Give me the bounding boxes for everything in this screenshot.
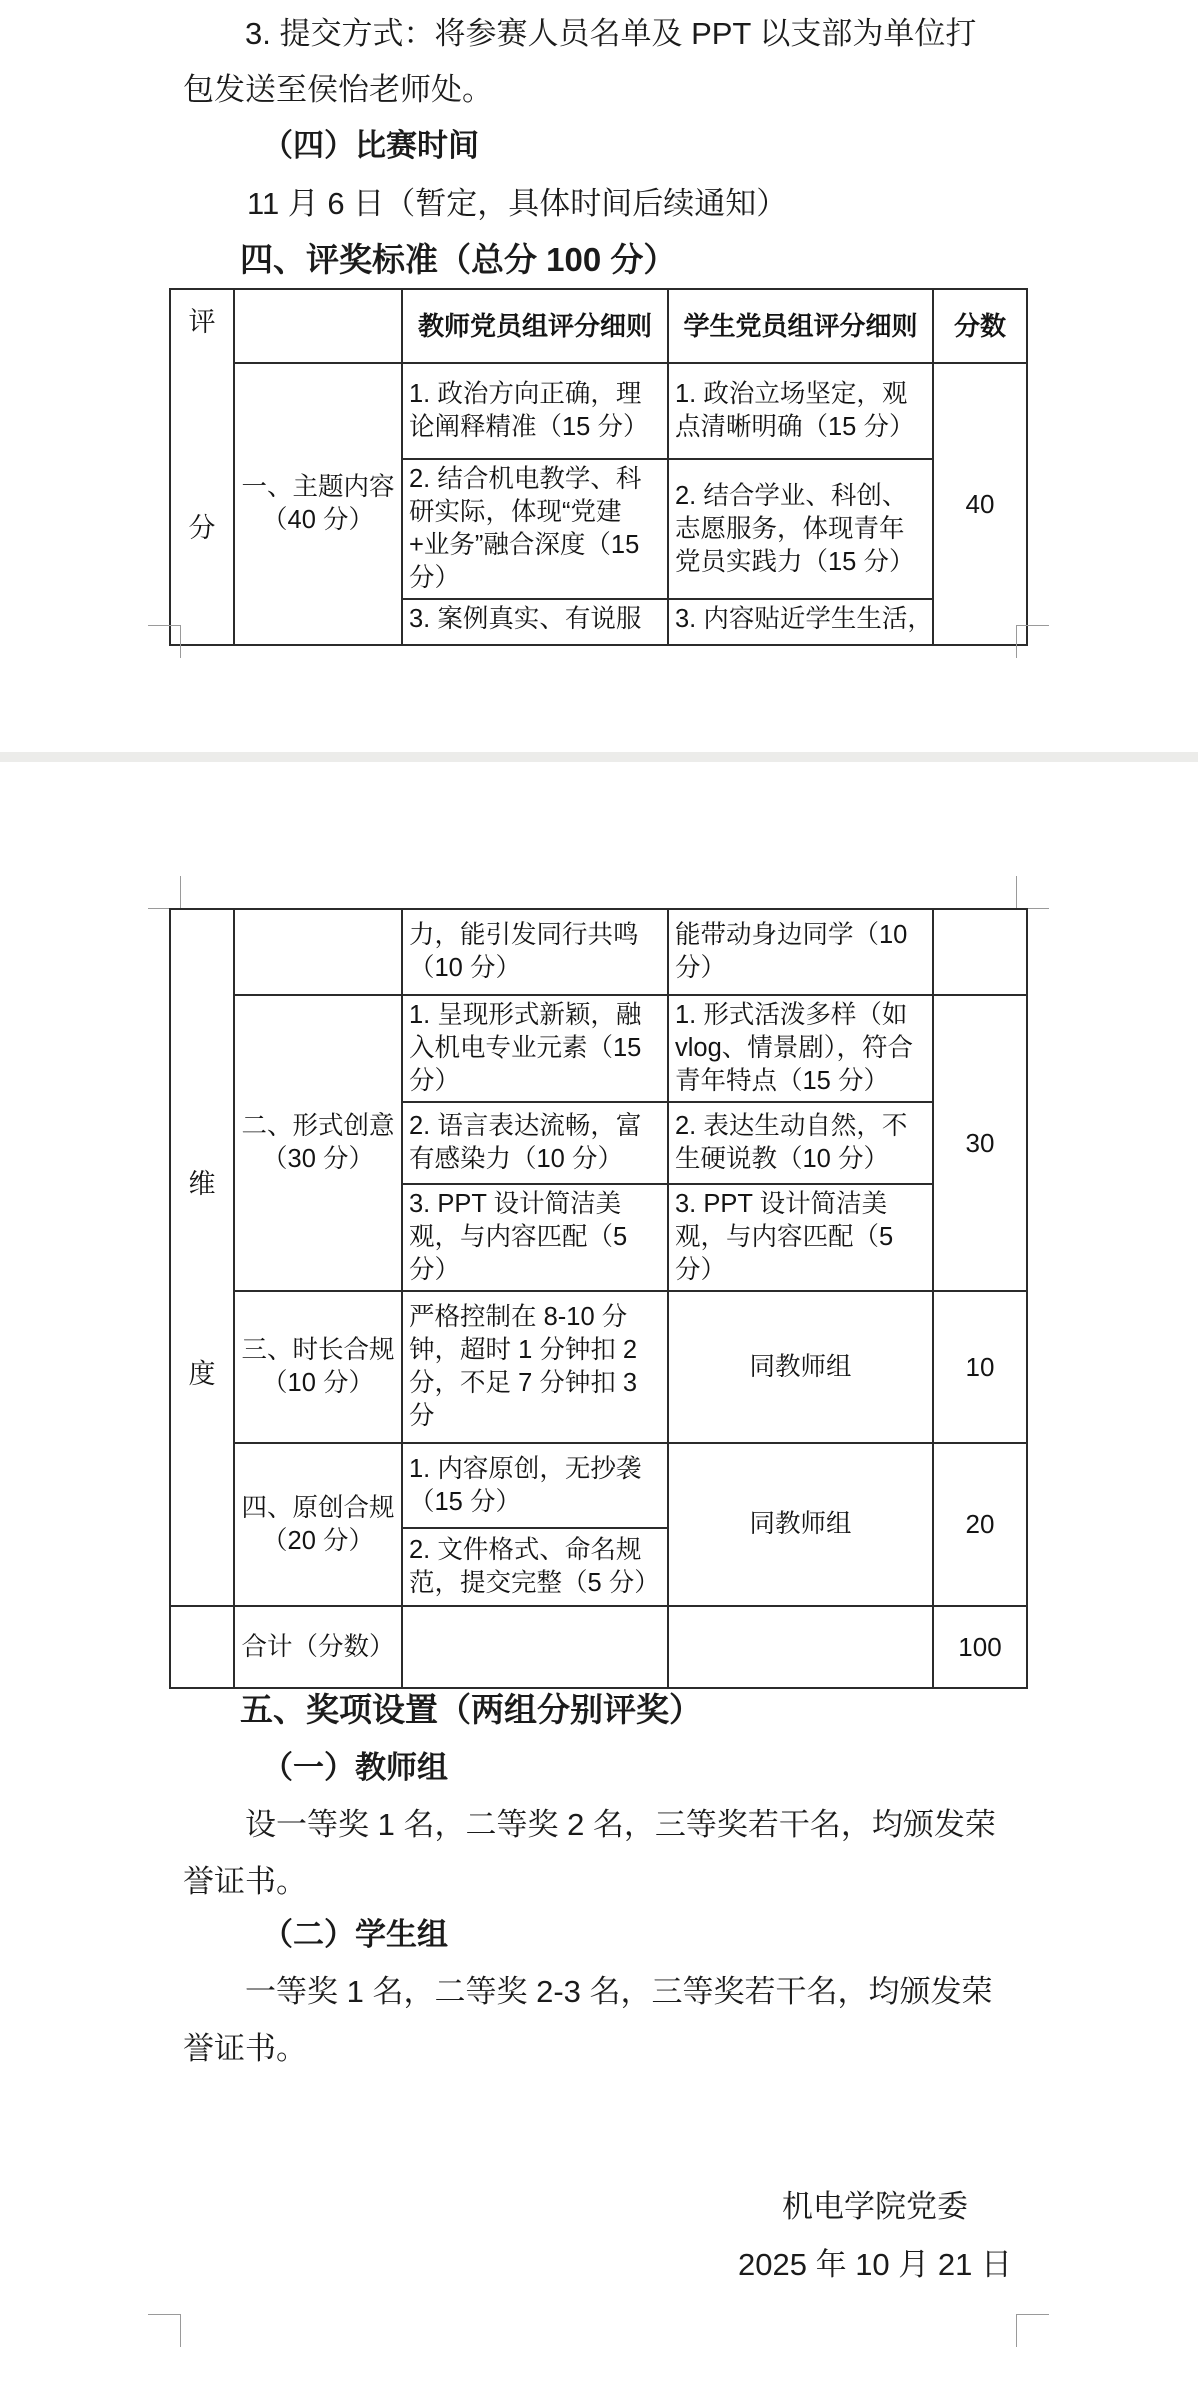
- table-row: 维 度 力，能引发同行共鸣（10 分） 能带动身边同学（10 分）: [170, 909, 1027, 995]
- dimension-4-name: 四、原创合规: [241, 1492, 395, 1525]
- dimension-axis-cell: 评 分: [170, 289, 234, 645]
- criterion-cell: 力，能引发同行共鸣（10 分）: [402, 909, 668, 995]
- criterion-cell: 2. 结合机电教学、科研实际，体现“党建+业务”融合深度（15 分）: [402, 459, 668, 599]
- criterion-text: 3. 案例真实、有说服: [409, 603, 661, 641]
- paragraph-student-awards-line1: 一等奖 1 名，二等奖 2-3 名，三等奖若干名，均颁发荣: [245, 1972, 993, 2012]
- dimension-4-name-cell: 四、原创合规 （20 分）: [234, 1443, 402, 1606]
- header-student-rules: 学生党员组评分细则: [668, 289, 933, 363]
- criterion-cell: 严格控制在 8-10 分钟，超时 1 分钟扣 2 分，不足 7 分钟扣 3 分: [402, 1291, 668, 1443]
- total-label-cell: 合计（分数）: [234, 1606, 402, 1688]
- score-cell: 40: [933, 363, 1027, 645]
- criterion-cell: 2. 结合学业、科创、志愿服务，体现青年党员实践力（15 分）: [668, 459, 933, 599]
- paragraph-competition-date: 11 月 6 日（暂定，具体时间后续通知）: [247, 184, 787, 224]
- criterion-cell: 2. 表达生动自然，不生硬说教（10 分）: [668, 1102, 933, 1184]
- heading-student-group: （二）学生组: [262, 1915, 448, 1955]
- criterion-cell: 2. 语言表达流畅，富有感染力（10 分）: [402, 1102, 668, 1184]
- score-cell: 10: [933, 1291, 1027, 1443]
- dimension-continuation-empty: [234, 909, 402, 995]
- total-score-cell: 100: [933, 1606, 1027, 1688]
- criterion-cell: 2. 文件格式、命名规范，提交完整（5 分）: [402, 1528, 668, 1606]
- criterion-cell-clipped: 3. 案例真实、有说服: [402, 599, 668, 645]
- paragraph-teacher-awards-line2: 誉证书。: [183, 1862, 307, 1902]
- criterion-cell: 1. 政治方向正确，理论阐释精准（15 分）: [402, 363, 668, 459]
- dimension-axis-cell: 维 度: [170, 909, 234, 1606]
- axis-char-bottom: 分: [171, 512, 233, 545]
- criterion-cell: 3. PPT 设计简洁美观，与内容匹配（5 分）: [402, 1184, 668, 1291]
- page-2: 维 度 力，能引发同行共鸣（10 分） 能带动身边同学（10 分） 二、形式创意…: [0, 762, 1198, 2386]
- page-corner-mark: [1016, 2314, 1049, 2347]
- signature-date: 2025 年 10 月 21 日: [700, 2245, 1050, 2285]
- header-score: 分数: [933, 289, 1027, 363]
- table-row: 四、原创合规 （20 分） 1. 内容原创，无抄袭（15 分） 同教师组 20: [170, 1443, 1027, 1528]
- dimension-3-name: 三、时长合规: [241, 1334, 395, 1367]
- dimension-1-points: （40 分）: [241, 504, 395, 537]
- dimension-2-points: （30 分）: [241, 1143, 395, 1176]
- paragraph-submit-line2: 包发送至侯怡老师处。: [183, 70, 493, 110]
- criterion-cell-clipped: 3. 内容贴近学生生活，: [668, 599, 933, 645]
- heading-teacher-group: （一）教师组: [262, 1748, 448, 1788]
- page-1: 3. 提交方式：将参赛人员名单及 PPT 以支部为单位打 包发送至侯怡老师处。 …: [0, 0, 1198, 752]
- dimension-2-name-cell: 二、形式创意 （30 分）: [234, 995, 402, 1291]
- table-row: 评 分 教师党员组评分细则 学生党员组评分细则 分数: [170, 289, 1027, 363]
- criterion-cell: 1. 呈现形式新颖，融入机电专业元素（15 分）: [402, 995, 668, 1102]
- total-row-axis-empty: [170, 1606, 234, 1688]
- dimension-2-name: 二、形式创意: [241, 1110, 395, 1143]
- page-corner-mark: [148, 876, 181, 909]
- rubric-table-page1: 评 分 教师党员组评分细则 学生党员组评分细则 分数 一、主题内容 （40 分）…: [169, 288, 1028, 646]
- heading-rubric: 四、评奖标准（总分 100 分）: [240, 240, 676, 280]
- axis-char-top: 维: [171, 1168, 233, 1201]
- criterion-cell: 能带动身边同学（10 分）: [668, 909, 933, 995]
- page-corner-mark: [1016, 876, 1049, 909]
- same-as-teacher-cell: 同教师组: [668, 1443, 933, 1606]
- total-student-empty: [668, 1606, 933, 1688]
- page-corner-mark: [148, 2314, 181, 2347]
- dimension-1-name-cell: 一、主题内容 （40 分）: [234, 363, 402, 645]
- score-cell: 20: [933, 1443, 1027, 1606]
- header-teacher-rules: 教师党员组评分细则: [402, 289, 668, 363]
- rubric-table-page2: 维 度 力，能引发同行共鸣（10 分） 能带动身边同学（10 分） 二、形式创意…: [169, 908, 1028, 1689]
- page-separator: [0, 752, 1198, 762]
- criterion-cell: 3. PPT 设计简洁美观，与内容匹配（5 分）: [668, 1184, 933, 1291]
- dimension-4-points: （20 分）: [241, 1525, 395, 1558]
- axis-char-bottom: 度: [171, 1358, 233, 1391]
- table-row: 二、形式创意 （30 分） 1. 呈现形式新颖，融入机电专业元素（15 分） 1…: [170, 995, 1027, 1102]
- paragraph-student-awards-line2: 誉证书。: [183, 2029, 307, 2069]
- score-cell: 30: [933, 995, 1027, 1291]
- signature-organization: 机电学院党委: [700, 2187, 1050, 2227]
- dimension-3-points: （10 分）: [241, 1367, 395, 1400]
- criterion-text: 3. 内容贴近学生生活，: [675, 603, 926, 641]
- criterion-cell: 1. 政治立场坚定，观点清晰明确（15 分）: [668, 363, 933, 459]
- criterion-cell: 1. 形式活泼多样（如 vlog、情景剧），符合青年特点（15 分）: [668, 995, 933, 1102]
- criterion-cell: 1. 内容原创，无抄袭（15 分）: [402, 1443, 668, 1528]
- document-canvas: 3. 提交方式：将参赛人员名单及 PPT 以支部为单位打 包发送至侯怡老师处。 …: [0, 0, 1198, 2386]
- heading-awards: 五、奖项设置（两组分别评奖）: [240, 1690, 702, 1730]
- same-as-teacher-cell: 同教师组: [668, 1291, 933, 1443]
- table-row: 三、时长合规 （10 分） 严格控制在 8-10 分钟，超时 1 分钟扣 2 分…: [170, 1291, 1027, 1443]
- total-teacher-empty: [402, 1606, 668, 1688]
- axis-char-top: 评: [171, 306, 233, 339]
- paragraph-teacher-awards-line1: 设一等奖 1 名，二等奖 2 名，三等奖若干名，均颁发荣: [245, 1805, 996, 1845]
- heading-competition-time: （四）比赛时间: [262, 126, 479, 166]
- page-corner-mark: [148, 625, 181, 658]
- table-row: 一、主题内容 （40 分） 1. 政治方向正确，理论阐释精准（15 分） 1. …: [170, 363, 1027, 459]
- score-cell-empty: [933, 909, 1027, 995]
- paragraph-submit-line1: 3. 提交方式：将参赛人员名单及 PPT 以支部为单位打: [245, 14, 976, 54]
- table-row-total: 合计（分数） 100: [170, 1606, 1027, 1688]
- dimension-1-name: 一、主题内容: [241, 471, 395, 504]
- dimension-3-name-cell: 三、时长合规 （10 分）: [234, 1291, 402, 1443]
- page-corner-mark: [1016, 625, 1049, 658]
- header-dimension-empty: [234, 289, 402, 363]
